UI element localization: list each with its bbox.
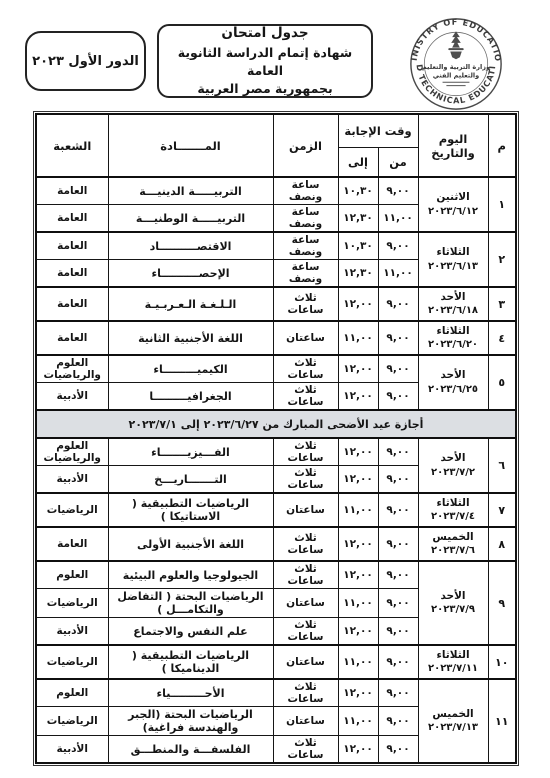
- duration-cell: ساعتان: [273, 707, 338, 736]
- subject-cell: الكيميـــــــــاء: [108, 355, 273, 383]
- time-from-cell: ٩,٠٠: [378, 679, 418, 707]
- duration-cell: ساعتان: [273, 321, 338, 355]
- exam-round-label: الدور الأول ٢٠٢٣: [32, 54, 139, 69]
- row-number-cell: ١٠: [488, 645, 516, 679]
- time-to-cell: ١١,٠٠: [338, 321, 378, 355]
- schedule-row: ١١الخميس٢٠٢٣/٧/١٣٩,٠٠١٢,٠٠ثلاث ساعاتالأح…: [36, 679, 516, 707]
- subject-cell: الإحصــــــــــاء: [108, 260, 273, 288]
- date-value: ٢٠٢٣/٦/٢٠: [421, 338, 486, 351]
- date-value: ٢٠٢٣/٦/١٣: [421, 260, 486, 273]
- time-from-cell: ٩,٠٠: [378, 287, 418, 321]
- subject-cell: الاقتصــــــــــاد: [108, 232, 273, 260]
- duration-cell: ساعة ونصف: [273, 260, 338, 288]
- duration-cell: ثلاث ساعات: [273, 527, 338, 561]
- subject-cell: الجيولوجيا والعلوم البيئية: [108, 561, 273, 589]
- time-from-cell: ٩,٠٠: [378, 321, 418, 355]
- time-to-cell: ١٢,٠٠: [338, 561, 378, 589]
- time-to-cell: ١١,٠٠: [338, 707, 378, 736]
- branch-cell: الرياضيات: [36, 589, 108, 618]
- time-to-cell: ١١,٠٠: [338, 589, 378, 618]
- schedule-row: ٩الأحد٢٠٢٣/٧/٩٩,٠٠١٢,٠٠ثلاث ساعاتالجيولو…: [36, 561, 516, 589]
- header-duration: الزمن: [273, 114, 338, 177]
- subject-cell: الفـــيزيـــــــاء: [108, 438, 273, 466]
- duration-cell: ثلاث ساعات: [273, 287, 338, 321]
- time-to-cell: ١١,٠٠: [338, 493, 378, 527]
- day-name: الأحد: [421, 452, 486, 466]
- time-to-cell: ١٢,٠٠: [338, 466, 378, 494]
- subject-cell: الفلسفـــة والمنطـــق: [108, 736, 273, 764]
- duration-cell: ساعة ونصف: [273, 177, 338, 205]
- branch-cell: العامة: [36, 527, 108, 561]
- date-value: ٢٠٢٣/٧/٦: [421, 544, 486, 557]
- duration-cell: ثلاث ساعات: [273, 736, 338, 764]
- ministry-logo: MINISTRY OF EDUCATION AND TECHNICAL EDUC…: [408, 16, 504, 112]
- time-from-cell: ٩,٠٠: [378, 493, 418, 527]
- time-to-cell: ١٢,٠٠: [338, 527, 378, 561]
- time-from-cell: ٩,٠٠: [378, 355, 418, 383]
- schedule-body: ١الاثنين٢٠٢٣/٦/١٢٩,٠٠١٠,٣٠ساعة ونصفالترب…: [36, 177, 516, 763]
- header-subject: المـــــــادة: [108, 114, 273, 177]
- header-time-from: من: [378, 148, 418, 178]
- subject-cell: التربيـــــة الوطنيـــة: [108, 205, 273, 233]
- row-number-cell: ٧: [488, 493, 516, 527]
- duration-cell: ثلاث ساعات: [273, 383, 338, 411]
- time-to-cell: ١٢,٠٠: [338, 355, 378, 383]
- time-to-cell: ١٢,٠٠: [338, 438, 378, 466]
- logo-arabic-line-2: والتعليم الفني: [433, 71, 479, 79]
- time-from-cell: ٩,٠٠: [378, 466, 418, 494]
- duration-cell: ثلاث ساعات: [273, 466, 338, 494]
- row-number-cell: ٩: [488, 561, 516, 645]
- time-to-cell: ١٢,٠٠: [338, 679, 378, 707]
- branch-cell: الأدبية: [36, 383, 108, 411]
- exam-round-box: الدور الأول ٢٠٢٣: [25, 31, 146, 91]
- branch-cell: العامة: [36, 205, 108, 233]
- subject-cell: الرياضيات التطبيقية ( الديناميكا ): [108, 645, 273, 679]
- schedule-row: ٧الثلاثاء٢٠٢٣/٧/٤٩,٠٠١١,٠٠ساعتانالرياضيا…: [36, 493, 516, 527]
- schedule-row: ٢الثلاثاء٢٠٢٣/٦/١٣٩,٠٠١٠,٣٠ساعة ونصفالاق…: [36, 232, 516, 260]
- header-time-to: إلى: [338, 148, 378, 178]
- time-to-cell: ١٢,٠٠: [338, 383, 378, 411]
- date-value: ٢٠٢٣/٦/٢٥: [421, 383, 486, 396]
- day-date-cell: الخميس٢٠٢٣/٧/١٣: [418, 679, 488, 763]
- branch-cell: العلوم: [36, 561, 108, 589]
- date-value: ٢٠٢٣/٦/١٢: [421, 205, 486, 218]
- day-date-cell: الأحد٢٠٢٣/٧/٩: [418, 561, 488, 645]
- time-from-cell: ٩,٠٠: [378, 232, 418, 260]
- header-day-date: اليوم والتاريخ: [418, 114, 488, 177]
- header-branch: الشعبة: [36, 114, 108, 177]
- branch-cell: العامة: [36, 287, 108, 321]
- subject-cell: اللغة الأجنبية الثانية: [108, 321, 273, 355]
- day-name: الخميس: [421, 531, 486, 545]
- day-date-cell: الأحد٢٠٢٣/٧/٢: [418, 438, 488, 493]
- day-name: الثلاثاء: [421, 325, 486, 339]
- time-from-cell: ٩,٠٠: [378, 707, 418, 736]
- day-date-cell: الخميس٢٠٢٣/٧/٦: [418, 527, 488, 561]
- time-from-cell: ١١,٠٠: [378, 260, 418, 288]
- day-name: الاثنين: [421, 191, 486, 205]
- time-from-cell: ٩,٠٠: [378, 618, 418, 646]
- subject-cell: الأحـــــــــياء: [108, 679, 273, 707]
- scanned-exam-schedule-page: الدور الأول ٢٠٢٣ جدول امتحان شهادة إتمام…: [0, 0, 550, 778]
- branch-cell: العلوم والرياضيات: [36, 355, 108, 383]
- day-name: الثلاثاء: [421, 246, 486, 260]
- day-date-cell: الأحد٢٠٢٣/٦/٢٥: [418, 355, 488, 410]
- day-name: الثلاثاء: [421, 649, 486, 663]
- day-name: الأحد: [421, 369, 486, 383]
- duration-cell: ساعتان: [273, 645, 338, 679]
- date-value: ٢٠٢٣/٧/١٣: [421, 721, 486, 734]
- subject-cell: الرياضيات البحتة (الجبر والهندسة فراغية): [108, 707, 273, 736]
- time-to-cell: ١١,٠٠: [338, 645, 378, 679]
- row-number-cell: ٨: [488, 527, 516, 561]
- day-name: الأحد: [421, 590, 486, 604]
- day-date-cell: الأحد٢٠٢٣/٦/١٨: [418, 287, 488, 321]
- subject-cell: التـــــــاريـــخ: [108, 466, 273, 494]
- row-number-cell: ٦: [488, 438, 516, 493]
- title-line-3: بجمهورية مصر العربية: [197, 80, 332, 98]
- schedule-row: ١الاثنين٢٠٢٣/٦/١٢٩,٠٠١٠,٣٠ساعة ونصفالترب…: [36, 177, 516, 205]
- holiday-banner-row: أجازة عيد الأضحى المبارك من ٢٠٢٣/٦/٢٧ إل…: [36, 410, 516, 438]
- duration-cell: ساعتان: [273, 493, 338, 527]
- subject-cell: الرياضيات التطبيقية ( الاستاتيكا ): [108, 493, 273, 527]
- day-date-cell: الثلاثاء٢٠٢٣/٦/١٣: [418, 232, 488, 287]
- header-answer-time: وقت الإجابة: [338, 114, 418, 148]
- branch-cell: العامة: [36, 321, 108, 355]
- time-from-cell: ١١,٠٠: [378, 205, 418, 233]
- duration-cell: ثلاث ساعات: [273, 561, 338, 589]
- time-from-cell: ٩,٠٠: [378, 589, 418, 618]
- time-from-cell: ٩,٠٠: [378, 438, 418, 466]
- time-to-cell: ١٢,٣٠: [338, 205, 378, 233]
- day-name: الثلاثاء: [421, 497, 486, 511]
- day-name: الخميس: [421, 708, 486, 722]
- duration-cell: ثلاث ساعات: [273, 618, 338, 646]
- row-number-cell: ٥: [488, 355, 516, 410]
- time-to-cell: ١٢,٠٠: [338, 618, 378, 646]
- duration-cell: ساعة ونصف: [273, 205, 338, 233]
- row-number-cell: ١: [488, 177, 516, 232]
- subject-cell: اللغة الأجنبية الأولى: [108, 527, 273, 561]
- branch-cell: العامة: [36, 260, 108, 288]
- row-number-cell: ٣: [488, 287, 516, 321]
- day-date-cell: الثلاثاء٢٠٢٣/٦/٢٠: [418, 321, 488, 355]
- exam-schedule-table: م اليوم والتاريخ وقت الإجابة الزمن المــ…: [35, 113, 517, 764]
- ministry-seal-icon: MINISTRY OF EDUCATION AND TECHNICAL EDUC…: [408, 16, 504, 112]
- day-date-cell: الثلاثاء٢٠٢٣/٧/٤: [418, 493, 488, 527]
- row-number-cell: ٢: [488, 232, 516, 287]
- branch-cell: الرياضيات: [36, 707, 108, 736]
- time-from-cell: ٩,٠٠: [378, 561, 418, 589]
- branch-cell: الرياضيات: [36, 493, 108, 527]
- branch-cell: العلوم والرياضيات: [36, 438, 108, 466]
- date-value: ٢٠٢٣/٧/٢: [421, 466, 486, 479]
- page-title: جدول امتحان شهادة إتمام الدراسة الثانوية…: [157, 24, 373, 98]
- day-name: الأحد: [421, 291, 486, 305]
- duration-cell: ساعة ونصف: [273, 232, 338, 260]
- day-date-cell: الثلاثاء٢٠٢٣/٧/١١: [418, 645, 488, 679]
- duration-cell: ثلاث ساعات: [273, 438, 338, 466]
- branch-cell: العامة: [36, 232, 108, 260]
- date-value: ٢٠٢٣/٧/٤: [421, 510, 486, 523]
- time-to-cell: ١٠,٣٠: [338, 232, 378, 260]
- subject-cell: الجغرافيـــــــــا: [108, 383, 273, 411]
- schedule-row: ١٠الثلاثاء٢٠٢٣/٧/١١٩,٠٠١١,٠٠ساعتانالرياض…: [36, 645, 516, 679]
- date-value: ٢٠٢٣/٧/١١: [421, 662, 486, 675]
- title-line-2: شهادة إتمام الدراسة الثانوية العامة: [159, 44, 371, 80]
- duration-cell: ساعتان: [273, 589, 338, 618]
- subject-cell: التربيـــــة الدينيـــة: [108, 177, 273, 205]
- holiday-banner-text: أجازة عيد الأضحى المبارك من ٢٠٢٣/٦/٢٧ إل…: [36, 410, 516, 438]
- schedule-row: ٣الأحد٢٠٢٣/٦/١٨٩,٠٠١٢,٠٠ثلاث ساعاتالـلـغ…: [36, 287, 516, 321]
- subject-cell: الرياضيات البحتة ( التفاضل والتكامـــل ): [108, 589, 273, 618]
- row-number-cell: ٤: [488, 321, 516, 355]
- schedule-row: ٥الأحد٢٠٢٣/٦/٢٥٩,٠٠١٢,٠٠ثلاث ساعاتالكيمي…: [36, 355, 516, 383]
- logo-arabic-line-1: وزارة التربية والتعليم: [422, 63, 490, 71]
- header-number: م: [488, 114, 516, 177]
- day-date-cell: الاثنين٢٠٢٣/٦/١٢: [418, 177, 488, 232]
- time-from-cell: ٩,٠٠: [378, 177, 418, 205]
- branch-cell: الأدبية: [36, 736, 108, 764]
- time-from-cell: ٩,٠٠: [378, 383, 418, 411]
- date-value: ٢٠٢٣/٦/١٨: [421, 304, 486, 317]
- schedule-row: ٨الخميس٢٠٢٣/٧/٦٩,٠٠١٢,٠٠ثلاث ساعاتاللغة …: [36, 527, 516, 561]
- time-from-cell: ٩,٠٠: [378, 527, 418, 561]
- schedule-row: ٤الثلاثاء٢٠٢٣/٦/٢٠٩,٠٠١١,٠٠ساعتاناللغة ا…: [36, 321, 516, 355]
- time-to-cell: ١٢,٠٠: [338, 736, 378, 764]
- duration-cell: ثلاث ساعات: [273, 355, 338, 383]
- subject-cell: علم النفس والاجتماع: [108, 618, 273, 646]
- duration-cell: ثلاث ساعات: [273, 679, 338, 707]
- branch-cell: الأدبية: [36, 466, 108, 494]
- time-to-cell: ١٢,٣٠: [338, 260, 378, 288]
- time-to-cell: ١٢,٠٠: [338, 287, 378, 321]
- title-line-1: جدول امتحان: [221, 24, 308, 44]
- date-value: ٢٠٢٣/٧/٩: [421, 603, 486, 616]
- time-from-cell: ٩,٠٠: [378, 645, 418, 679]
- branch-cell: العلوم: [36, 679, 108, 707]
- time-from-cell: ٩,٠٠: [378, 736, 418, 764]
- branch-cell: الأدبية: [36, 618, 108, 646]
- time-to-cell: ١٠,٣٠: [338, 177, 378, 205]
- schedule-row: ٦الأحد٢٠٢٣/٧/٢٩,٠٠١٢,٠٠ثلاث ساعاتالفـــي…: [36, 438, 516, 466]
- branch-cell: الرياضيات: [36, 645, 108, 679]
- branch-cell: العامة: [36, 177, 108, 205]
- row-number-cell: ١١: [488, 679, 516, 763]
- subject-cell: الـلـغـة الـعـربـيـة: [108, 287, 273, 321]
